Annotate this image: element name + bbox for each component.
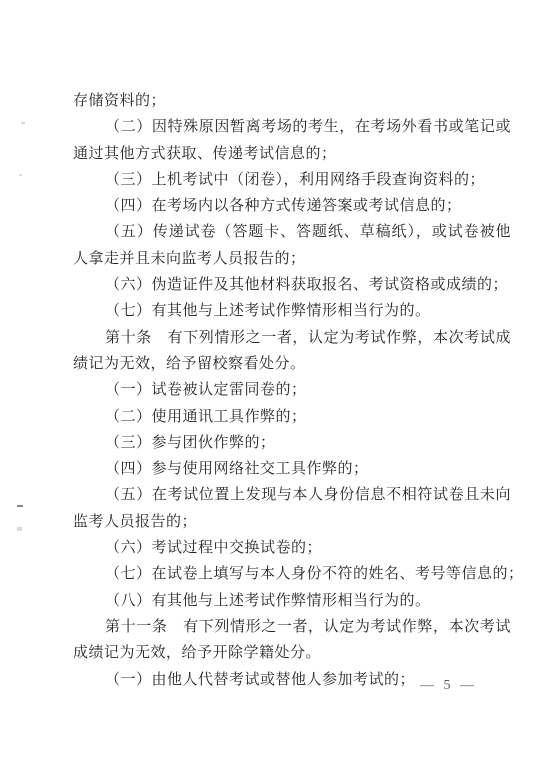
document-line: 成绩记为无效，给予开除学籍处分。 xyxy=(73,640,511,666)
document-line: 监考人员报告的； xyxy=(73,509,511,535)
document-line: （六）考试过程中交换试卷的； xyxy=(73,535,511,561)
document-line: （一）试卷被认定雷同卷的； xyxy=(73,377,511,403)
document-line: 第十一条 有下列情形之一者，认定为考试作弊，本次考试 xyxy=(73,614,511,640)
document-body: 存储资料的； （二）因特殊原因暂离考场的考生，在考场外看书或笔记或 通过其他方式… xyxy=(73,88,511,693)
margin-speck xyxy=(17,527,22,531)
document-line: （八）有其他与上述考试作弊情形相当行为的。 xyxy=(73,588,511,614)
document-line: 第十条 有下列情形之一者，认定为考试作弊，本次考试成 xyxy=(73,325,511,351)
document-line: （二）因特殊原因暂离考场的考生，在考场外看书或笔记或 xyxy=(73,114,511,140)
document-line: 人拿走并且未向监考人员报告的； xyxy=(73,246,511,272)
document-line: （五）在考试位置上发现与本人身份信息不相符试卷且未向 xyxy=(73,482,511,508)
document-line: 通过其他方式获取、传递考试信息的； xyxy=(73,141,511,167)
document-line: （三）上机考试中（闭卷），利用网络手段查询资料的； xyxy=(73,167,511,193)
page-number: — 5 — xyxy=(420,678,477,694)
document-line: （七）在试卷上填写与本人身份不符的姓名、考号等信息的； xyxy=(73,561,511,587)
margin-speck xyxy=(17,505,23,507)
document-line: （四）参与使用网络社交工具作弊的； xyxy=(73,456,511,482)
document-line: （三）参与团伙作弊的； xyxy=(73,430,511,456)
margin-speck xyxy=(21,122,25,124)
document-line: （五）传递试卷（答题卡、答题纸、草稿纸），或试卷被他 xyxy=(73,219,511,245)
scanned-document-page: 存储资料的； （二）因特殊原因暂离考场的考生，在考场外看书或笔记或 通过其他方式… xyxy=(0,0,544,762)
document-line: （四）在考场内以各种方式传递答案或考试信息的； xyxy=(73,193,511,219)
document-line: 存储资料的； xyxy=(73,88,511,114)
document-line: （二）使用通讯工具作弊的； xyxy=(73,404,511,430)
document-line: （七）有其他与上述考试作弊情形相当行为的。 xyxy=(73,298,511,324)
document-line: 绩记为无效，给予留校察看处分。 xyxy=(73,351,511,377)
document-line: （六）伪造证件及其他材料获取报名、考试资格或成绩的； xyxy=(73,272,511,298)
margin-speck xyxy=(19,174,22,176)
